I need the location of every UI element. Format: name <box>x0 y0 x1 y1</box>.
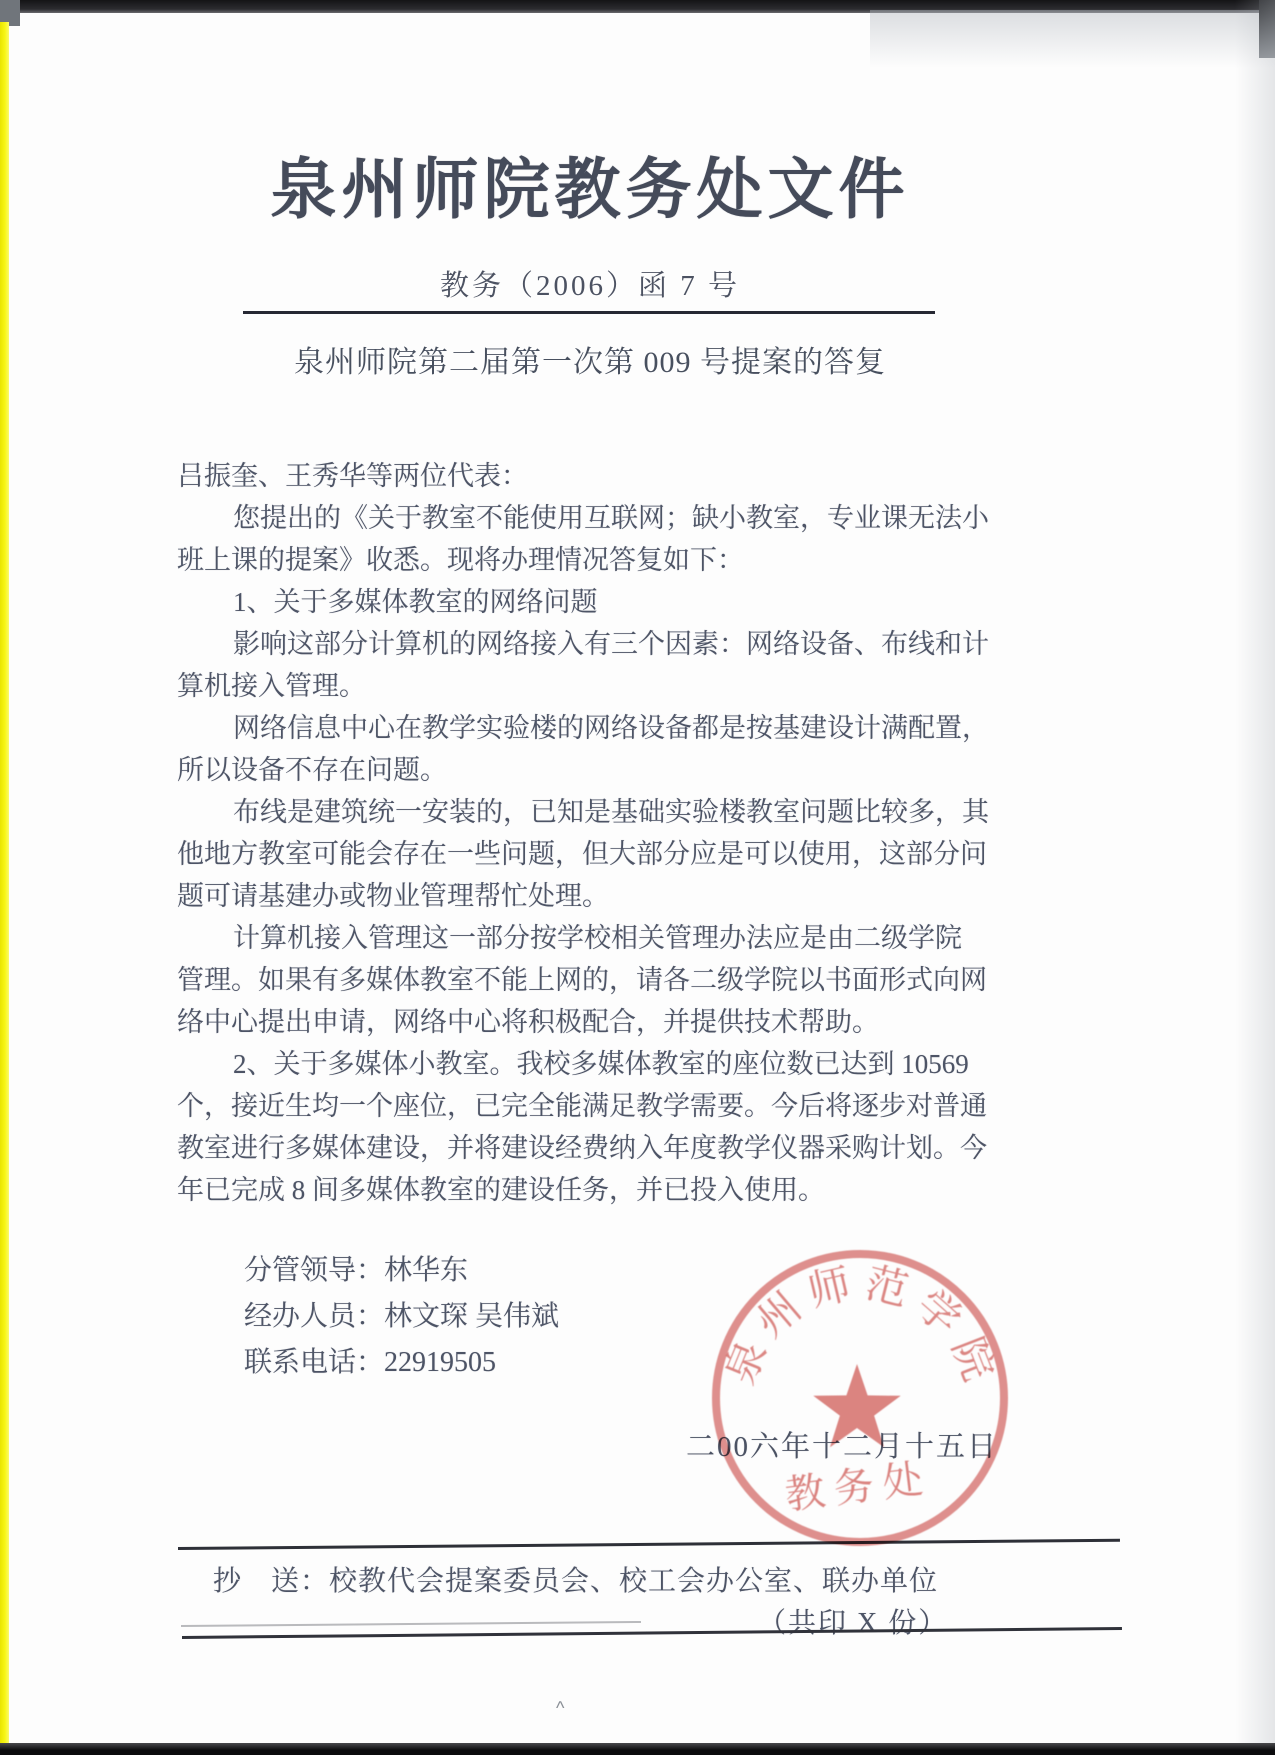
body-line: 1、关于多媒体教室的网络问题 <box>177 581 977 623</box>
body-line: 计算机接入管理这一部分按学校相关管理办法应是由二级学院 <box>177 917 977 959</box>
document-body: 吕振奎、王秀华等两位代表： 您提出的《关于教室不能使用互联网；缺小教室，专业课无… <box>177 455 977 1211</box>
document-title: 泉州师院教务处文件 <box>0 136 1180 231</box>
scan-shadow-right <box>1235 0 1275 1755</box>
scan-edge-bottom <box>0 1743 1275 1755</box>
document-number: 教务（2006）函 7 号 <box>0 263 1180 304</box>
signature-phone: 联系电话：22919505 <box>244 1340 559 1386</box>
body-line: 影响这部分计算机的网络接入有三个因素：网络设备、布线和计 <box>177 623 977 665</box>
seal-bottom-text: 教务处 <box>783 1455 934 1518</box>
body-line: 网络信息中心在教学实验楼的网络设备都是按基建设计满配置， <box>177 707 977 749</box>
body-line: 所以设备不存在问题。 <box>177 749 977 791</box>
body-line: 年已完成 8 间多媒体教室的建设任务，并已投入使用。 <box>177 1169 977 1211</box>
body-line: 个，接近生均一个座位，已完全能满足教学需要。今后将逐步对普通 <box>177 1085 977 1127</box>
body-line: 管理。如果有多媒体教室不能上网的，请各二级学院以书面形式向网 <box>177 959 977 1001</box>
footer-rule-ghost <box>181 1621 641 1627</box>
svg-text:泉州师范学院: 泉州师范学院 <box>718 1260 1003 1393</box>
cc-line: 抄 送：校教代会提案委员会、校工会办公室、联办单位 <box>213 1559 938 1599</box>
body-line: 吕振奎、王秀华等两位代表： <box>177 455 977 497</box>
official-seal: 泉州师范学院 教务处 <box>700 1238 1020 1558</box>
body-line: 他地方教室可能会存在一些问题，但大部分应是可以使用，这部分问 <box>177 833 977 875</box>
scan-shadow-top-right <box>870 10 1275 68</box>
letterhead-rule <box>243 311 935 314</box>
body-line: 布线是建筑统一安装的，已知是基础实验楼教室问题比较多，其 <box>177 791 977 833</box>
body-line: 2、关于多媒体小教室。我校多媒体教室的座位数已达到 10569 <box>177 1043 977 1085</box>
body-line: 络中心提出申请，网络中心将积极配合，并提供技术帮助。 <box>177 1001 977 1043</box>
body-line: 您提出的《关于教室不能使用互联网；缺小教室，专业课无法小 <box>177 497 977 539</box>
body-line: 教室进行多媒体建设，并将建设经费纳入年度教学仪器采购计划。今 <box>177 1127 977 1169</box>
signature-leader: 分管领导：林华东 <box>244 1248 559 1294</box>
scan-caret-artifact: ^ <box>556 1698 564 1719</box>
body-line: 算机接入管理。 <box>177 665 977 707</box>
document-subject: 泉州师院第二届第一次第 009 号提案的答复 <box>0 337 1180 381</box>
signature-handlers: 经办人员：林文琛 吴伟斌 <box>244 1294 559 1340</box>
signature-block: 分管领导：林华东 经办人员：林文琛 吴伟斌 联系电话：22919505 <box>244 1248 559 1386</box>
body-line: 班上课的提案》收悉。现将办理情况答复如下： <box>177 539 977 581</box>
body-line: 题可请基建办或物业管理帮忙处理。 <box>177 875 977 917</box>
seal-star-icon <box>813 1364 900 1447</box>
footer-rule-bottom <box>182 1627 1122 1639</box>
copies-count: （共印 X 份） <box>758 1601 948 1641</box>
scanned-document-page: 泉州师院教务处文件 教务（2006）函 7 号 泉州师院第二届第一次第 009 … <box>0 0 1275 1755</box>
seal-arc-text: 泉州师范学院 <box>718 1260 1003 1393</box>
